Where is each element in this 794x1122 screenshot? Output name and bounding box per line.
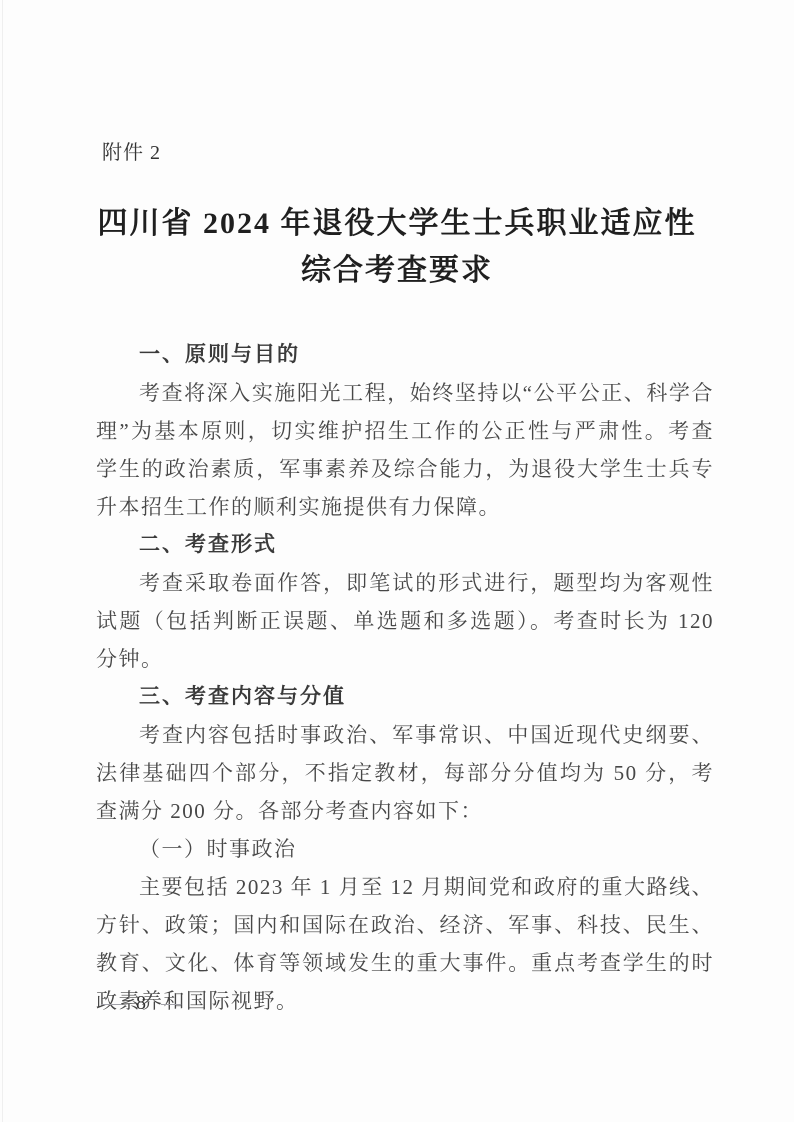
section-heading-content-and-scores: 三、考查内容与分值 [96,678,714,716]
scan-edge-artifact [2,0,3,1122]
document-title-line1: 四川省 2024 年退役大学生士兵职业适应性 [0,200,794,247]
section-paragraph-exam-format: 考查采取卷面作答，即笔试的形式进行，题型均为客观性试题（包括判断正误题、单选题和… [96,564,714,678]
page-number-dash-right: — [159,992,183,1014]
document-title-line2: 综合考查要求 [0,247,794,294]
subsection-heading-current-affairs: （一）时事政治 [96,830,714,868]
document-title: 四川省 2024 年退役大学生士兵职业适应性 综合考查要求 [0,200,794,294]
section-heading-principles: 一、原则与目的 [96,336,714,374]
section-paragraph-content-and-scores: 考查内容包括时事政治、军事常识、中国近现代史纲要、法律基础四个部分，不指定教材，… [96,716,714,830]
page-number-dash-left: — [99,992,123,1014]
page-number-value: 8 [128,992,154,1014]
attachment-label: 附件 2 [102,136,161,165]
section-paragraph-principles: 考查将深入实施阳光工程，始终坚持以“公平公正、科学合理”为基本原则，切实维护招生… [96,374,714,526]
document-body: 一、原则与目的 考查将深入实施阳光工程，始终坚持以“公平公正、科学合理”为基本原… [96,336,714,1020]
section-heading-exam-format: 二、考查形式 [96,526,714,564]
subsection-paragraph-current-affairs: 主要包括 2023 年 1 月至 12 月期间党和政府的重大路线、方针、政策；国… [96,868,714,1020]
document-page: 附件 2 四川省 2024 年退役大学生士兵职业适应性 综合考查要求 一、原则与… [0,0,794,1122]
page-number: — 8 — [99,992,183,1015]
